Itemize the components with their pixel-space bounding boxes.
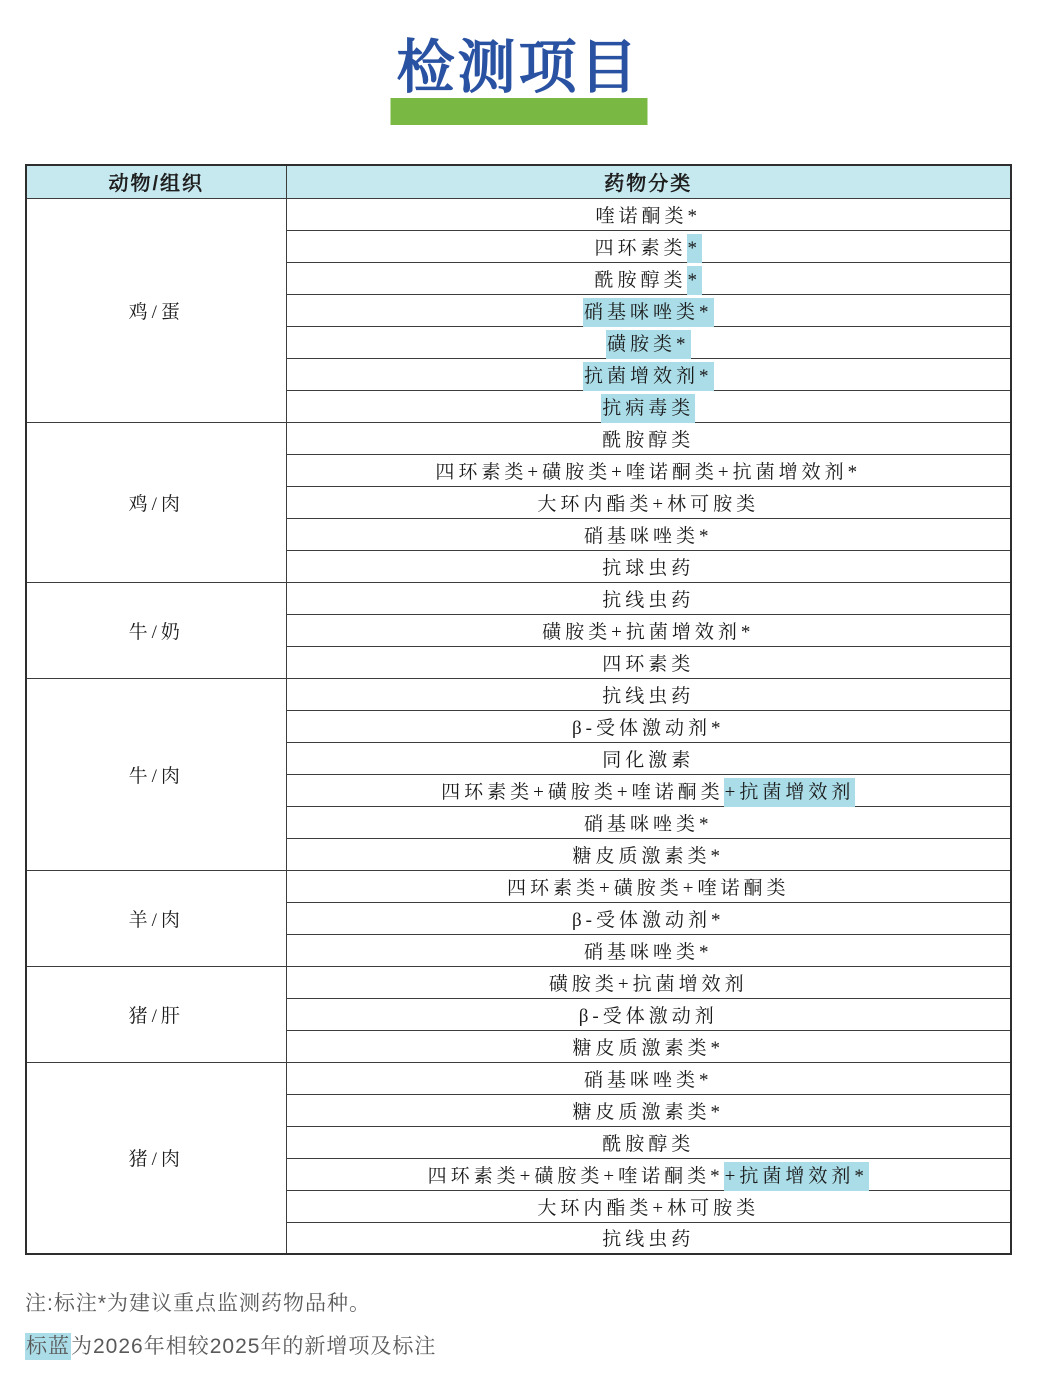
drug-class-cell: β-受体激动剂 xyxy=(286,998,1011,1030)
drug-class-cell: 四环素类* xyxy=(286,230,1011,262)
plain-text: 抗线虫药 xyxy=(602,590,694,611)
table-row: 羊/肉四环素类+磺胺类+喹诺酮类 xyxy=(26,870,1011,902)
animal-tissue-cell: 羊/肉 xyxy=(26,870,286,966)
header-drug-class: 药物分类 xyxy=(286,165,1011,198)
table-header-row: 动物/组织 药物分类 xyxy=(26,165,1011,198)
drug-class-cell: 酰胺醇类 xyxy=(286,1126,1011,1158)
animal-tissue-cell: 猪/肝 xyxy=(26,966,286,1062)
footnote-blue: 标蓝为2026年相较2025年的新增项及标注 xyxy=(25,1332,1037,1361)
drug-class-cell: 四环素类+磺胺类+喹诺酮类*+抗菌增效剂* xyxy=(286,1158,1011,1190)
plain-text: 硝基咪唑类* xyxy=(584,526,713,547)
animal-tissue-cell: 鸡/蛋 xyxy=(26,198,286,422)
drug-class-cell: 同化激素 xyxy=(286,742,1011,774)
drug-class-cell: 磺胺类* xyxy=(286,326,1011,358)
drug-class-cell: 酰胺醇类* xyxy=(286,262,1011,294)
drug-class-cell: 磺胺类+抗菌增效剂* xyxy=(286,614,1011,646)
plain-text: 四环素类 xyxy=(602,654,694,675)
plain-text: 糖皮质激素类* xyxy=(572,846,724,867)
highlighted-text: * xyxy=(687,234,703,263)
plain-text: 糖皮质激素类* xyxy=(572,1038,724,1059)
plain-text: 糖皮质激素类* xyxy=(572,1102,724,1123)
plain-text: 喹诺酮类* xyxy=(595,206,701,227)
drug-class-cell: 抗球虫药 xyxy=(286,550,1011,582)
page-title-block: 检测项目 xyxy=(0,0,1037,128)
table-row: 猪/肝磺胺类+抗菌增效剂 xyxy=(26,966,1011,998)
plain-text: 大环内酯类+林可胺类 xyxy=(537,494,759,515)
drug-class-cell: 抗病毒类 xyxy=(286,390,1011,422)
plain-text: β-受体激动剂* xyxy=(572,910,725,931)
footnotes: 注:标注*为建议重点监测药物品种。 标蓝为2026年相较2025年的新增项及标注 xyxy=(25,1289,1037,1362)
drug-class-cell: 抗线虫药 xyxy=(286,1222,1011,1254)
drug-class-cell: 糖皮质激素类* xyxy=(286,1094,1011,1126)
highlighted-text: 磺胺类* xyxy=(606,330,691,359)
plain-text: 硝基咪唑类* xyxy=(584,1070,713,1091)
page-title: 检测项目 xyxy=(0,0,1037,100)
drug-class-cell: 酰胺醇类 xyxy=(286,422,1011,454)
plain-text: 四环素类 xyxy=(594,238,686,259)
table-row: 牛/奶抗线虫药 xyxy=(26,582,1011,614)
drug-class-cell: 磺胺类+抗菌增效剂 xyxy=(286,966,1011,998)
plain-text: 抗线虫药 xyxy=(602,686,694,707)
animal-tissue-cell: 鸡/肉 xyxy=(26,422,286,582)
animal-tissue-cell: 猪/肉 xyxy=(26,1062,286,1254)
drug-class-cell: 四环素类+磺胺类+喹诺酮类 xyxy=(286,870,1011,902)
footnote-asterisk: 注:标注*为建议重点监测药物品种。 xyxy=(25,1289,1037,1318)
highlighted-text: +抗菌增效剂* xyxy=(724,1162,869,1191)
plain-text: 酰胺醇类 xyxy=(602,430,694,451)
drug-class-cell: 四环素类+磺胺类+喹诺酮类+抗菌增效剂 xyxy=(286,774,1011,806)
drug-class-cell: 四环素类+磺胺类+喹诺酮类+抗菌增效剂* xyxy=(286,454,1011,486)
page: 检测项目 动物/组织 药物分类 鸡/蛋喹诺酮类*四环素类*酰胺醇类*硝基咪唑类*… xyxy=(0,0,1037,1375)
highlighted-text: * xyxy=(687,266,703,295)
highlighted-text: 抗病毒类 xyxy=(601,394,695,423)
header-animal-tissue: 动物/组织 xyxy=(26,165,286,198)
detection-items-table: 动物/组织 药物分类 鸡/蛋喹诺酮类*四环素类*酰胺醇类*硝基咪唑类*磺胺类*抗… xyxy=(25,164,1012,1255)
plain-text: 同化激素 xyxy=(602,750,694,771)
plain-text: 硝基咪唑类* xyxy=(584,814,713,835)
drug-class-cell: 大环内酯类+林可胺类 xyxy=(286,486,1011,518)
drug-class-cell: 抗线虫药 xyxy=(286,678,1011,710)
drug-class-cell: 硝基咪唑类* xyxy=(286,1062,1011,1094)
drug-class-cell: 喹诺酮类* xyxy=(286,198,1011,230)
blue-label-highlight: 标蓝 xyxy=(25,1333,71,1360)
drug-class-cell: 抗菌增效剂* xyxy=(286,358,1011,390)
highlighted-text: 抗菌增效剂* xyxy=(583,362,714,391)
plain-text: 酰胺醇类 xyxy=(594,270,686,291)
plain-text: 磺胺类+抗菌增效剂 xyxy=(549,974,748,995)
plain-text: 抗线虫药 xyxy=(602,1229,694,1250)
drug-class-cell: 糖皮质激素类* xyxy=(286,838,1011,870)
drug-class-cell: 大环内酯类+林可胺类 xyxy=(286,1190,1011,1222)
table-row: 猪/肉硝基咪唑类* xyxy=(26,1062,1011,1094)
plain-text: β-受体激动剂 xyxy=(579,1006,718,1027)
plain-text: 四环素类+磺胺类+喹诺酮类 xyxy=(507,878,789,899)
plain-text: β-受体激动剂* xyxy=(572,718,725,739)
animal-tissue-cell: 牛/肉 xyxy=(26,678,286,870)
plain-text: 四环素类+磺胺类+喹诺酮类+抗菌增效剂* xyxy=(435,462,861,483)
table-row: 牛/肉抗线虫药 xyxy=(26,678,1011,710)
plain-text: 大环内酯类+林可胺类 xyxy=(537,1198,759,1219)
plain-text: 硝基咪唑类* xyxy=(584,942,713,963)
drug-class-cell: 抗线虫药 xyxy=(286,582,1011,614)
drug-class-cell: 糖皮质激素类* xyxy=(286,1030,1011,1062)
drug-class-cell: 四环素类 xyxy=(286,646,1011,678)
footnote-blue-rest: 为2026年相较2025年的新增项及标注 xyxy=(71,1335,436,1358)
animal-tissue-cell: 牛/奶 xyxy=(26,582,286,678)
drug-class-cell: 硝基咪唑类* xyxy=(286,294,1011,326)
drug-class-cell: β-受体激动剂* xyxy=(286,710,1011,742)
drug-class-cell: 硝基咪唑类* xyxy=(286,518,1011,550)
table-body: 鸡/蛋喹诺酮类*四环素类*酰胺醇类*硝基咪唑类*磺胺类*抗菌增效剂*抗病毒类鸡/… xyxy=(26,198,1011,1254)
table-row: 鸡/肉酰胺醇类 xyxy=(26,422,1011,454)
table-row: 鸡/蛋喹诺酮类* xyxy=(26,198,1011,230)
plain-text: 磺胺类+抗菌增效剂* xyxy=(542,622,754,643)
plain-text: 四环素类+磺胺类+喹诺酮类 xyxy=(441,782,723,803)
drug-class-cell: β-受体激动剂* xyxy=(286,902,1011,934)
drug-class-cell: 硝基咪唑类* xyxy=(286,934,1011,966)
plain-text: 抗球虫药 xyxy=(602,558,694,579)
drug-class-cell: 硝基咪唑类* xyxy=(286,806,1011,838)
plain-text: 酰胺醇类 xyxy=(602,1134,694,1155)
plain-text: 四环素类+磺胺类+喹诺酮类* xyxy=(428,1166,724,1187)
title-underline-bar xyxy=(390,98,647,125)
highlighted-text: 硝基咪唑类* xyxy=(583,298,714,327)
highlighted-text: +抗菌增效剂 xyxy=(724,778,856,807)
